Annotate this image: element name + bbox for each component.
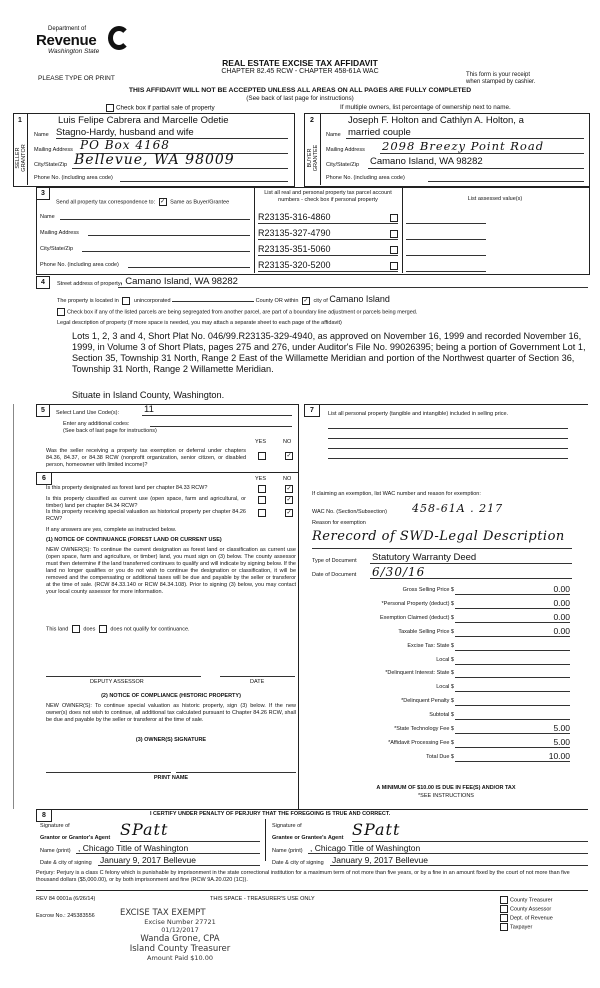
- question-yes-checkbox[interactable]: [258, 509, 266, 517]
- form-subtitle: CHAPTER 82.45 RCW - CHAPTER 458-61A WAC: [180, 68, 420, 75]
- stamp-line3: 01/12/2017: [120, 926, 240, 934]
- personal-property-checkbox[interactable]: [390, 262, 398, 270]
- additional-codes-note: (See back of last page for instructions): [63, 428, 157, 435]
- segregated-checkbox-row[interactable]: Check box if any of the listed parcels a…: [55, 308, 417, 316]
- see-instructions: *SEE INSTRUCTIONS: [304, 793, 588, 800]
- corr-phone-field[interactable]: [128, 267, 250, 268]
- grantor-sig-label2: Grantor or Grantor's Agent: [40, 835, 110, 842]
- does-label: does: [83, 626, 95, 632]
- perjury-notice: Perjury: Perjury is a class C felony whi…: [36, 870, 586, 884]
- parcel-header: List all real and personal property tax …: [258, 190, 398, 204]
- stamp-line5: Island County Treasurer: [120, 944, 240, 954]
- situate: Situate in Island County, Washington.: [72, 390, 224, 400]
- seller-city[interactable]: Bellevue, WA 98009: [74, 152, 235, 168]
- land-use-code[interactable]: 11: [144, 404, 154, 415]
- copy-item[interactable]: County Treasurer: [498, 896, 553, 904]
- logo-name: Revenue: [36, 32, 96, 49]
- parcel-underline: [258, 271, 398, 272]
- escrow-row: Escrow No.: 245383556: [36, 913, 95, 920]
- logo-state: Washington State: [48, 48, 99, 55]
- corr-address-label: Mailing Address: [40, 230, 79, 237]
- tax-row-label: *Delinquent Penalty $: [300, 698, 454, 705]
- section6-question: Is this property classified as current u…: [46, 496, 246, 510]
- buyer-city[interactable]: Camano Island, WA 98282: [370, 156, 483, 167]
- tax-row-underline: [455, 664, 570, 665]
- buyer-phone-field[interactable]: [428, 181, 584, 182]
- additional-codes-field[interactable]: [150, 426, 292, 427]
- does-checkbox[interactable]: [72, 625, 80, 633]
- grantee-signature[interactable]: SPatt: [352, 820, 400, 839]
- tax-row-underline: [455, 705, 570, 706]
- county-or-label: County OR within: [256, 298, 299, 304]
- tax-row-label: Local $: [300, 684, 454, 691]
- exemption-claim-label: If claiming an exemption, list WAC numbe…: [312, 491, 481, 498]
- s6-yes-header: YES: [255, 476, 266, 483]
- personal-property-checkbox[interactable]: [390, 230, 398, 238]
- section7-num: 7: [304, 404, 320, 417]
- tax-row-value[interactable]: 0.00: [455, 612, 570, 622]
- seller-name-label: Name: [34, 132, 49, 139]
- tax-row-underline: [455, 650, 570, 651]
- tax-row-underline: [455, 677, 570, 678]
- grantee-date-label: Date & city of signing: [272, 860, 324, 867]
- escrow-label: Escrow No.:: [36, 913, 66, 919]
- copy-item[interactable]: County Assessor: [498, 905, 551, 913]
- tax-row-label: Excise Tax: State $: [300, 643, 454, 650]
- copy-label: County Treasurer: [510, 897, 553, 903]
- property-section-num: 4: [36, 276, 50, 289]
- city-checkbox[interactable]: ✓: [302, 297, 310, 305]
- partial-sale-checkbox[interactable]: Check box if partial sale of property: [104, 104, 215, 113]
- buyer-city-label: City/State/Zip: [326, 162, 359, 169]
- owner-signature-field-1[interactable]: [46, 772, 171, 773]
- copy-label: Taxpayer: [510, 924, 532, 930]
- seller-side-label: SELLER GRANTOR: [15, 139, 27, 177]
- doc-date[interactable]: 6/30/16: [372, 565, 425, 579]
- notice1-title: (1) NOTICE OF CONTINUANCE (FOREST LAND O…: [46, 537, 222, 544]
- city-of-label: city of: [313, 298, 327, 304]
- question-yes-checkbox[interactable]: [258, 496, 266, 504]
- does-not-label: does not qualify for continuance.: [110, 626, 189, 632]
- no-header: NO: [283, 439, 291, 446]
- deputy-assessor-signature[interactable]: [46, 676, 201, 677]
- grantee-sig-label1: Signature of: [272, 823, 302, 830]
- buyer-phone-label: Phone No. (including area code): [326, 175, 405, 182]
- grantor-signature[interactable]: SPatt: [120, 820, 168, 839]
- tax-row-underline: [455, 719, 570, 720]
- same-as-buyer-checkbox[interactable]: ✓: [159, 198, 167, 206]
- parcel-number: R23135-320-5200: [258, 260, 331, 271]
- correspondence-label: Send all property tax correspondence to:…: [56, 198, 229, 206]
- doc-type-label: Type of Document: [312, 558, 357, 565]
- receipt-note-2: when stamped by cashier.: [466, 79, 535, 85]
- partial-sale-box[interactable]: [106, 104, 114, 112]
- property-location: The property is located in unincorporate…: [57, 296, 390, 305]
- doc-date-label: Date of Document: [312, 572, 356, 579]
- seller-city-label: City/State/Zip: [34, 162, 67, 169]
- tax-row-label: *Delinquent Interest: State $: [300, 670, 454, 677]
- copy-item[interactable]: Taxpayer: [498, 923, 532, 931]
- seller-address-label: Mailing Address: [34, 147, 73, 154]
- question-no-checkbox[interactable]: ✓: [285, 509, 293, 517]
- question-yes-checkbox[interactable]: [258, 485, 266, 493]
- tax-row-label: Local $: [300, 657, 454, 664]
- personal-property-checkbox[interactable]: [390, 246, 398, 254]
- copy-checkbox[interactable]: [500, 914, 508, 922]
- seller-address[interactable]: PO Box 4168: [80, 138, 170, 152]
- tax-row-label: Gross Selling Price $: [300, 587, 454, 594]
- assessed-value-field[interactable]: [406, 271, 486, 272]
- instructions-note: (See back of last page for instructions): [60, 95, 540, 102]
- parcel-number: R23135-316-4860: [258, 212, 331, 223]
- seller-name-line1: Luis Felipe Cabrera and Marcelle Odetie: [58, 115, 229, 126]
- tax-row-underline: [455, 733, 570, 734]
- correspondence-section-num: 3: [36, 187, 50, 200]
- unincorporated-label: unincorporated: [134, 298, 171, 304]
- exemption-no-checkbox[interactable]: ✓: [285, 452, 293, 460]
- tax-row-label: *Affidavit Processing Fee $: [300, 740, 454, 747]
- stamp-line1: EXCISE TAX EXEMPT: [120, 908, 240, 918]
- exemption-question: Was the seller receiving a property tax …: [46, 448, 246, 469]
- receipt-note-1: This form is your receipt: [466, 72, 530, 78]
- copy-checkbox[interactable]: [500, 923, 508, 931]
- exemption-yes-checkbox[interactable]: [258, 452, 266, 460]
- tax-row-underline: [455, 636, 570, 637]
- tax-row-value[interactable]: 5.00: [455, 723, 570, 733]
- seller-phone-label: Phone No. (including area code): [34, 175, 113, 182]
- exemption-reason[interactable]: Rerecord of SWD-Legal Description: [312, 529, 565, 544]
- notice2-text: NEW OWNER(S): To continue special valuat…: [46, 703, 296, 724]
- continuance-row: This land does does not qualify for cont…: [46, 625, 190, 633]
- personal-property-line-1[interactable]: [328, 428, 568, 429]
- personal-property-line-4[interactable]: [328, 458, 568, 459]
- owner-signature-field-2[interactable]: [176, 772, 296, 773]
- tax-row-underline: [455, 594, 570, 595]
- tax-row-label: Taxable Selling Price $: [300, 629, 454, 636]
- exempt-stamp: EXCISE TAX EXEMPT Excise Number 27721 01…: [120, 908, 240, 962]
- print-note: PLEASE TYPE OR PRINT: [38, 75, 115, 82]
- section6-num: 6: [36, 472, 52, 485]
- dor-logo: Department of Revenue Washington State: [36, 26, 131, 66]
- buyer-side-label: BUYER GRANTEE: [307, 139, 319, 177]
- form-title: REAL ESTATE EXCISE TAX AFFIDAVIT: [180, 58, 420, 68]
- tax-row-underline: [455, 691, 570, 692]
- street-address[interactable]: , Camano Island, WA 98282: [120, 276, 238, 287]
- corr-name-field[interactable]: [60, 219, 250, 220]
- multiple-owners-note: If multiple owners, list percentage of o…: [340, 104, 511, 112]
- tax-row-underline: [455, 622, 570, 623]
- stamp-line6: Amount Paid $10.00: [120, 954, 240, 962]
- buyer-name-line1: Joseph F. Holton and Cathlyn A. Holton, …: [348, 115, 524, 126]
- assessed-value-header: List assessed value(s): [405, 196, 585, 203]
- grantor-date-label: Date & city of signing: [40, 860, 92, 867]
- same-as-buyer-label: Same as Buyer/Grantee: [170, 199, 229, 205]
- seller-phone-field[interactable]: [120, 181, 288, 182]
- deputy-label: DEPUTY ASSESSOR: [90, 679, 144, 686]
- stamp-line4: Wanda Grone, CPA: [120, 934, 240, 944]
- parcel-underline: [258, 239, 398, 240]
- personal-property-line-3[interactable]: [328, 448, 568, 449]
- notice2-title: (2) NOTICE OF COMPLIANCE (HISTORIC PROPE…: [46, 693, 296, 700]
- tax-row-label: Subtotal $: [300, 712, 454, 719]
- land-use-section-num: 5: [36, 404, 50, 417]
- this-land-label: This land: [46, 626, 68, 632]
- county-field[interactable]: [172, 301, 254, 302]
- correspondence-label-text: Send all property tax correspondence to:: [56, 199, 155, 205]
- tax-row-value[interactable]: 5.00: [455, 737, 570, 747]
- tax-row-label: *State Technology Fee $: [300, 726, 454, 733]
- corr-phone-label: Phone No. (including area code): [40, 262, 119, 269]
- seller-section-num: 1: [18, 117, 22, 124]
- question-no-checkbox[interactable]: ✓: [285, 496, 293, 504]
- copy-item[interactable]: Dept. of Revenue: [498, 914, 553, 922]
- tax-row-underline: [455, 608, 570, 609]
- assessed-value-field[interactable]: [406, 239, 486, 240]
- yes-header: YES: [255, 439, 266, 446]
- reason-label: Reason for exemption: [312, 520, 366, 527]
- copy-label: Dept. of Revenue: [510, 915, 553, 921]
- buyer-name-label: Name: [326, 132, 341, 139]
- assessed-value-field[interactable]: [406, 255, 486, 256]
- unincorporated-checkbox[interactable]: [122, 297, 130, 305]
- buyer-name-line2[interactable]: married couple: [348, 127, 411, 138]
- certify-statement: I CERTIFY UNDER PENALTY OF PERJURY THAT …: [150, 811, 390, 818]
- tax-row-underline: [455, 761, 570, 762]
- parcel-number: R23135-327-4790: [258, 228, 331, 239]
- segregated-checkbox[interactable]: [57, 308, 65, 316]
- corr-city-label: City/State/Zip: [40, 246, 73, 253]
- tax-row-label: Exemption Claimed (deduct) $: [300, 615, 454, 622]
- segregated-note: Check box if any of the listed parcels a…: [67, 309, 417, 315]
- seller-name-line2[interactable]: Stagno-Hardy, husband and wife: [56, 127, 194, 138]
- if-yes-note: If any answers are yes, complete as inst…: [46, 527, 176, 534]
- date-label: DATE: [250, 679, 264, 686]
- parcel-underline: [258, 255, 398, 256]
- section6-question: Is this property receiving special valua…: [46, 509, 246, 523]
- legal-description: Lots 1, 2, 3 and 4, Short Plat No. 046/9…: [72, 331, 586, 375]
- section6-question: Is this property designated as forest la…: [46, 485, 246, 492]
- assessed-value-field[interactable]: [406, 223, 486, 224]
- personal-property-checkbox[interactable]: [390, 214, 398, 222]
- tax-row-value[interactable]: 0.00: [455, 626, 570, 636]
- does-not-checkbox[interactable]: [99, 625, 107, 633]
- partial-sale-label: Check box if partial sale of property: [116, 105, 215, 112]
- question-no-checkbox[interactable]: ✓: [285, 485, 293, 493]
- land-use-label: Select Land Use Code(s):: [56, 410, 119, 417]
- personal-property-line-2[interactable]: [328, 438, 568, 439]
- completion-warning: THIS AFFIDAVIT WILL NOT BE ACCEPTED UNLE…: [60, 87, 540, 94]
- grantor-sig-label1: Signature of: [40, 823, 70, 830]
- s6-no-header: NO: [283, 476, 291, 483]
- personal-property-label: List all personal property (tangible and…: [328, 411, 508, 418]
- grantee-sig-label2: Grantee or Grantee's Agent: [272, 835, 343, 842]
- tax-row-value[interactable]: 0.00: [455, 598, 570, 608]
- copy-label: County Assessor: [510, 906, 551, 912]
- tax-row-value[interactable]: 10.00: [455, 751, 570, 761]
- doc-type[interactable]: Statutory Warranty Deed: [372, 552, 476, 563]
- wac-label: WAC No. (Section/Subsection): [312, 509, 387, 516]
- legal-label: Legal description of property (if more s…: [57, 320, 342, 327]
- tax-row-label: *Personal Property (deduct) $: [300, 601, 454, 608]
- deputy-date-field[interactable]: [220, 676, 295, 677]
- minimum-due: A MINIMUM OF $10.00 IS DUE IN FEE(S) AND…: [304, 785, 588, 792]
- corr-address-field[interactable]: [88, 235, 250, 236]
- buyer-address-label: Mailing Address: [326, 147, 365, 154]
- buyer-section-num: 2: [310, 117, 314, 124]
- property-city: Camano Island: [329, 294, 390, 304]
- notice1-text: NEW OWNER(S): To continue the current de…: [46, 547, 296, 596]
- street-label: Street address of property:: [57, 281, 122, 288]
- parcel-number: R23135-351-5060: [258, 244, 331, 255]
- owner-signature-label: (3) OWNER(S) SIGNATURE: [46, 737, 296, 744]
- tax-row-value[interactable]: 0.00: [455, 584, 570, 594]
- located-in-label: The property is located in: [57, 298, 119, 304]
- copy-checkbox[interactable]: [500, 905, 508, 913]
- parcel-underline: [258, 223, 398, 224]
- copy-checkbox[interactable]: [500, 896, 508, 904]
- grantor-name-label: Name (print): [40, 848, 71, 855]
- corr-city-field[interactable]: [82, 251, 250, 252]
- additional-codes-label: Enter any additional codes:: [63, 421, 129, 428]
- section8-num: 8: [36, 809, 52, 822]
- corr-name-label: Name: [40, 214, 55, 221]
- escrow-number: 245383556: [67, 913, 95, 919]
- rev-number: REV 84 0001a (6/26/14): [36, 896, 95, 903]
- logo-swirl-icon: [108, 26, 130, 50]
- wac-number[interactable]: 458-61A . 217: [412, 502, 503, 515]
- tax-row-underline: [455, 747, 570, 748]
- print-name-label: PRINT NAME: [46, 775, 296, 782]
- tax-row-label: Total Due $: [300, 754, 454, 761]
- grantee-name-label: Name (print): [272, 848, 303, 855]
- buyer-address[interactable]: 2098 Breezy Point Road: [382, 139, 544, 153]
- stamp-line2: Excise Number 27721: [120, 918, 240, 926]
- treasurer-use: THIS SPACE - TREASURER'S USE ONLY: [210, 896, 315, 903]
